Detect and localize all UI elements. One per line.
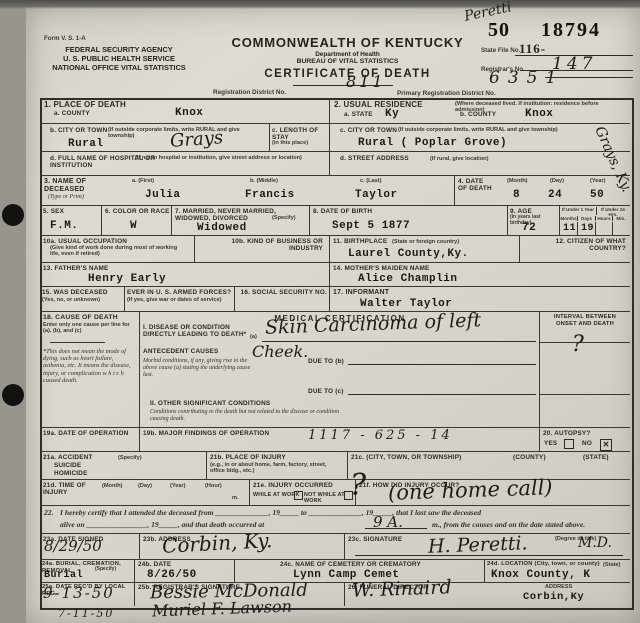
physician-signature-label: 23c. SIGNATURE bbox=[348, 536, 402, 543]
length-of-stay-note: (in this place) bbox=[272, 140, 308, 146]
agency-line: FEDERAL SECURITY AGENCY bbox=[34, 45, 204, 54]
field-autopsy: 20. AUTOPSY? YES NO ✕ bbox=[540, 428, 630, 452]
stamp-year: 50 bbox=[488, 19, 510, 42]
hospital-note: (If not in hospital or institution, give… bbox=[135, 155, 320, 161]
field-cause-of-death-sidebar: 18. CAUSE OF DEATH Enter only one cause … bbox=[40, 312, 140, 428]
time-of-injury-label: 21d. TIME OF INJURY bbox=[43, 482, 88, 497]
date-signed-hand: 8/29/50 bbox=[44, 537, 102, 555]
interval-label: INTERVAL BETWEEN ONSET AND DEATH bbox=[544, 314, 626, 327]
year-header: (Year) bbox=[590, 178, 606, 184]
death-day-value: 24 bbox=[548, 189, 562, 201]
injury-state-label: (STATE) bbox=[583, 454, 609, 461]
birthplace-label: 11. BIRTHPLACE bbox=[333, 238, 387, 245]
toi-year: (Year) bbox=[170, 483, 186, 489]
field-hospital-name: d. FULL NAME OF HOSPITAL OR INSTITUTION … bbox=[40, 152, 330, 176]
autopsy-label: 20. AUTOPSY? bbox=[543, 430, 591, 437]
death-year-value: 50 bbox=[590, 189, 604, 201]
funeral-director-hand: W. Rinaird bbox=[352, 576, 452, 601]
city-hand-value: Grays bbox=[169, 127, 223, 152]
cause-a-hand-2: Cheek. bbox=[252, 342, 308, 361]
divider bbox=[595, 222, 596, 236]
autopsy-no-checkbox: ✕ bbox=[600, 439, 612, 451]
death-month-value: 8 bbox=[513, 189, 520, 201]
field-injury-occurred: 21e. INJURY OCCURRED WHILE AT WORK NOT W… bbox=[250, 480, 356, 506]
how-injury-hand-q: ? bbox=[350, 468, 366, 503]
informant-label: 17. INFORMANT bbox=[333, 289, 389, 297]
cemetery-state-label: (State) bbox=[603, 562, 620, 568]
cemetery-location-label: 24d. LOCATION (City, town, or county) bbox=[487, 561, 600, 568]
min-header: Min. bbox=[613, 216, 629, 221]
months-header: Months bbox=[560, 216, 578, 221]
field-industry: 10b. KIND OF BUSINESS OR INDUSTRY bbox=[195, 236, 330, 263]
a-tag: (a) bbox=[250, 334, 257, 340]
field-was-deceased: 15. WAS DECEASED (Yes, no, or unknown) bbox=[40, 287, 125, 312]
major-findings-label: 19b. MAJOR FINDINGS OF OPERATION bbox=[143, 430, 269, 437]
form-number: Form V. S. 1-A bbox=[44, 36, 86, 43]
county-label: a. COUNTY bbox=[54, 110, 90, 117]
month-header: (Month) bbox=[507, 178, 528, 184]
field-armed-forces: EVER IN U. S. ARMED FORCES? (If yes, giv… bbox=[125, 287, 235, 312]
occupation-note: (Give kind of work done during most of w… bbox=[50, 245, 185, 257]
punch-hole bbox=[2, 384, 24, 406]
was-deceased-note: (Yes, no, or unknown) bbox=[42, 297, 100, 303]
injury-occurred-label: 21e. INJURY OCCURRED bbox=[253, 482, 333, 489]
industry-label: 10b. KIND OF BUSINESS OR INDUSTRY bbox=[198, 238, 323, 253]
field-ssn: 16. SOCIAL SECURITY NO. bbox=[235, 287, 330, 312]
degree-hand: M.D. bbox=[578, 535, 612, 551]
cause-footnote: *This does not mean the mode of dying, s… bbox=[43, 348, 135, 384]
res-county-label: b. COUNTY bbox=[460, 111, 496, 118]
state-value: Ky bbox=[385, 108, 399, 120]
divider bbox=[540, 394, 630, 395]
field-res-city: c. CITY OR TOWN (If outside corporate li… bbox=[330, 124, 630, 152]
homicide-label: HOMICIDE bbox=[54, 470, 88, 477]
field-place-of-injury: 21b. PLACE OF INJURY (e.g., in or about … bbox=[207, 452, 348, 480]
place-of-injury-label: 21b. PLACE OF INJURY bbox=[210, 454, 286, 461]
field-color-race: 6. COLOR OR RACE W bbox=[102, 206, 172, 236]
punch-hole bbox=[2, 204, 24, 226]
agency-block: FEDERAL SECURITY AGENCY U. S. PUBLIC HEA… bbox=[34, 45, 204, 72]
city-label: b. CITY OR TOWN bbox=[50, 127, 107, 134]
field-place-of-death: 1. PLACE OF DEATH a. COUNTY Knox bbox=[40, 98, 330, 124]
due-to-c-label: DUE TO (c) bbox=[308, 388, 344, 395]
footer-date-hand: 7-11-50 bbox=[58, 607, 114, 620]
death-time-blank bbox=[365, 528, 427, 529]
physician-signature-hand: H. Peretti. bbox=[428, 532, 528, 557]
mother-name-value: Alice Champlin bbox=[358, 273, 457, 285]
toi-hour: (Hour) bbox=[205, 483, 222, 489]
age-months-value: 11 bbox=[563, 223, 576, 234]
certify-line2a: alive on ________________, 19_____, and … bbox=[60, 521, 264, 530]
cemetery-label: 24c. NAME OF CEMETERY OR CREMATORY bbox=[280, 561, 421, 568]
res-county-value: Knox bbox=[525, 108, 553, 120]
divider bbox=[612, 222, 613, 236]
field-marital-status: 7. MARRIED, NEVER MARRIED, WIDOWED, DIVO… bbox=[172, 206, 310, 236]
burial-note: (Specify) bbox=[95, 567, 116, 573]
field-usual-residence: 2. USUAL RESIDENCE (Where deceased lived… bbox=[330, 98, 630, 124]
field-cemetery-location: 24d. LOCATION (City, town, or county) (S… bbox=[485, 560, 630, 583]
reg-district-value: 811 bbox=[346, 72, 386, 91]
field-age-under: If Under 1 Year If Under 24 Hrs. Months … bbox=[560, 206, 630, 236]
agency-line: U. S. PUBLIC HEALTH SERVICE bbox=[34, 54, 204, 63]
toi-month: (Month) bbox=[102, 483, 123, 489]
field-citizen: 12. CITIZEN OF WHAT COUNTRY? bbox=[520, 236, 630, 263]
last-name-value: Taylor bbox=[355, 189, 398, 201]
while-at-work-checkbox bbox=[294, 491, 303, 500]
res-city-label: c. CITY OR TOWN bbox=[340, 127, 397, 134]
antecedent-note: Morbid conditions, if any, giving rise t… bbox=[143, 358, 261, 379]
father-name-label: 13. FATHER'S NAME bbox=[43, 265, 109, 272]
field-age: 9. AGE (In years last birthday) 72 bbox=[508, 206, 560, 236]
other-conditions-note: Conditions contributing to the death but… bbox=[150, 409, 350, 423]
last-name-header: c. (Last) bbox=[360, 178, 381, 184]
usual-residence-label: 2. USUAL RESIDENCE bbox=[334, 100, 423, 109]
field-birthplace: 11. BIRTHPLACE (State or foreign country… bbox=[330, 236, 520, 263]
registrar-no-label: Registrar's No. bbox=[481, 67, 525, 74]
fd-address-value: Corbin,Ky bbox=[523, 591, 584, 603]
scan-edge bbox=[0, 0, 640, 9]
accident-note: (Specify) bbox=[118, 455, 142, 461]
due-b-blank bbox=[348, 364, 536, 365]
street-address-label: d. STREET ADDRESS bbox=[340, 155, 409, 162]
registrar-no-blank bbox=[520, 70, 633, 71]
autopsy-yes-label: YES bbox=[544, 440, 557, 447]
toi-day: (Day) bbox=[138, 483, 152, 489]
place-of-injury-note: (e.g., in or about home, farm, factory, … bbox=[210, 462, 340, 474]
injury-county-label: (COUNTY) bbox=[513, 454, 546, 461]
day-header: (Day) bbox=[550, 178, 564, 184]
other-conditions-label: II. OTHER SIGNIFICANT CONDITIONS bbox=[150, 400, 270, 407]
field-date-of-death: 4. DATE OF DEATH (Month) (Day) (Year) 8 … bbox=[455, 176, 630, 206]
res-city-note: (If outside corporate limits, write RURA… bbox=[398, 127, 598, 133]
color-race-value: W bbox=[130, 220, 137, 232]
field-time-of-injury: 21d. TIME OF INJURY (Month) (Day) (Year)… bbox=[40, 480, 250, 506]
res-city-value: Rural ( Poplar Grove) bbox=[358, 137, 507, 149]
burial-date-value: 8/26/50 bbox=[147, 569, 197, 581]
field-accident-suicide-homicide: 21a. ACCIDENT (Specify) SUICIDE HOMICIDE bbox=[40, 452, 207, 480]
name-label: 3. NAME OF DECEASED bbox=[44, 178, 114, 194]
while-at-work-label: WHILE AT WORK bbox=[253, 492, 300, 498]
middle-name-header: b. (Middle) bbox=[250, 178, 278, 184]
street-address-note: (If rural, give location) bbox=[430, 156, 488, 162]
was-deceased-label: 15. WAS DECEASED bbox=[42, 289, 108, 296]
interval-hand-value: ? bbox=[572, 332, 584, 357]
dept-subtitle: Department of Health bbox=[225, 51, 470, 58]
city-value: Rural bbox=[68, 138, 104, 150]
field-certify-statement: 22. I hereby certify that I attended the… bbox=[40, 506, 630, 534]
informant-value: Walter Taylor bbox=[360, 298, 452, 310]
field-city-of-death: b. CITY OR TOWN (If outside corporate li… bbox=[40, 124, 270, 152]
burial-date-label: 24b. DATE bbox=[138, 561, 171, 568]
injury-city-label: 21c. (CITY, TOWN, OR TOWNSHIP) bbox=[351, 454, 462, 461]
field-date-of-birth: 8. DATE OF BIRTH Sept 5 1877 bbox=[310, 206, 508, 236]
toi-m: m. bbox=[232, 495, 239, 501]
divider bbox=[540, 342, 630, 343]
suicide-label: SUICIDE bbox=[54, 462, 81, 469]
date-of-birth-value: Sept 5 1877 bbox=[332, 220, 410, 232]
cause-of-death-note: Enter only one cause per line for (a), (… bbox=[43, 322, 133, 334]
primary-district-label: Primary Registration District No. bbox=[397, 90, 496, 97]
scanned-death-certificate: Form V. S. 1-A FEDERAL SECURITY AGENCY U… bbox=[0, 0, 640, 623]
age-value: 72 bbox=[522, 222, 536, 234]
date-of-death-label: 4. DATE OF DEATH bbox=[458, 178, 492, 193]
agency-line: NATIONAL OFFICE VITAL STATISTICS bbox=[34, 63, 204, 72]
field-street-address: d. STREET ADDRESS (If rural, give locati… bbox=[330, 152, 630, 176]
certify-num: 22. bbox=[44, 509, 54, 518]
accident-label: 21a. ACCIDENT bbox=[43, 454, 93, 461]
commonwealth-title: COMMONWEALTH OF KENTUCKY bbox=[225, 35, 470, 50]
state-label: a. STATE bbox=[344, 111, 373, 118]
age-days-value: 19 bbox=[581, 223, 594, 234]
sex-label: 5. SEX bbox=[43, 208, 64, 215]
field-burial-date: 24b. DATE 8/26/50 bbox=[135, 560, 235, 583]
name-sublabel: (Type or Print) bbox=[48, 194, 84, 201]
date-received-hand: 9-13-50 bbox=[43, 584, 115, 602]
burial-value: Burial bbox=[44, 570, 83, 581]
bureau-subtitle: BUREAU OF VITAL STATISTICS bbox=[225, 58, 470, 65]
cemetery-location-value: Knox County, K bbox=[491, 569, 590, 581]
stamp-serial: 18794 bbox=[541, 19, 601, 42]
field-occupation: 10a. USUAL OCCUPATION (Give kind of work… bbox=[40, 236, 195, 263]
citizen-label: 12. CITIZEN OF WHAT COUNTRY? bbox=[526, 238, 626, 253]
disease-label-2: DIRECTLY LEADING TO DEATH* bbox=[143, 331, 246, 338]
field-injury-location: 21c. (CITY, TOWN, OR TOWNSHIP) (COUNTY) … bbox=[348, 452, 630, 480]
place-of-death-label: 1. PLACE OF DEATH bbox=[44, 100, 126, 109]
field-burial: 24a. BURIAL, CREMATION, REMOVAL (Specify… bbox=[40, 560, 135, 583]
sex-value: F.M. bbox=[50, 220, 78, 232]
hours-header: Hours bbox=[596, 216, 613, 221]
under-1yr-header: If Under 1 Year bbox=[560, 207, 597, 215]
state-file-label: State File No. bbox=[481, 48, 520, 55]
certify-line1: I hereby certify that I attended the dec… bbox=[60, 509, 625, 518]
field-mother-name: 14. MOTHER'S MAIDEN NAME Alice Champlin bbox=[330, 263, 630, 287]
marital-value: Widowed bbox=[197, 222, 247, 234]
first-name-header: a. (First) bbox=[132, 178, 154, 184]
first-name-value: Julia bbox=[145, 189, 181, 201]
due-c-blank bbox=[348, 394, 536, 395]
reg-district-label: Registration District No. bbox=[213, 89, 286, 96]
cause-of-death-label: 18. CAUSE OF DEATH bbox=[43, 314, 118, 322]
date-of-birth-label: 8. DATE OF BIRTH bbox=[313, 208, 372, 215]
antecedent-label: ANTECEDENT CAUSES bbox=[143, 348, 218, 355]
divider bbox=[50, 342, 105, 343]
field-interval: INTERVAL BETWEEN ONSET AND DEATH bbox=[540, 312, 630, 428]
registrar-no-value: 147 bbox=[552, 54, 596, 74]
county-value: Knox bbox=[175, 107, 203, 119]
autopsy-yes-checkbox bbox=[564, 439, 574, 449]
autopsy-no-label: NO bbox=[582, 440, 592, 447]
days-header: Days bbox=[578, 216, 596, 221]
color-race-label: 6. COLOR OR RACE bbox=[105, 208, 170, 215]
ssn-label: 16. SOCIAL SECURITY NO. bbox=[237, 289, 327, 296]
field-sex: 5. SEX F.M. bbox=[40, 206, 102, 236]
mother-name-label: 14. MOTHER'S MAIDEN NAME bbox=[333, 265, 430, 272]
divider bbox=[577, 222, 578, 236]
birthplace-value: Laurel County,Ky. bbox=[348, 248, 469, 260]
father-name-value: Henry Early bbox=[88, 273, 166, 285]
field-date-of-operation: 19a. DATE OF OPERATION bbox=[40, 428, 140, 452]
middle-name-value: Francis bbox=[245, 189, 295, 201]
field-father-name: 13. FATHER'S NAME Henry Early bbox=[40, 263, 330, 287]
certify-line2b: m., from the causes and on the date stat… bbox=[432, 521, 585, 530]
armed-forces-note: (If yes, give war or dates of service) bbox=[127, 297, 232, 303]
birthplace-note: (State or foreign country) bbox=[392, 239, 459, 245]
registrar-no-strike bbox=[545, 77, 633, 78]
major-findings-hand: 1117 - 625 - 14 bbox=[308, 428, 453, 443]
date-of-operation-label: 19a. DATE OF OPERATION bbox=[43, 430, 133, 437]
field-name-of-deceased: 3. NAME OF DECEASED (Type or Print) a. (… bbox=[40, 176, 455, 206]
marital-note: (Specify) bbox=[272, 215, 296, 221]
armed-forces-label: EVER IN U. S. ARMED FORCES? bbox=[127, 289, 232, 296]
fd-address-label: ADDRESS bbox=[545, 584, 572, 590]
field-length-of-stay: c. LENGTH OF STAY (in this place) bbox=[270, 124, 330, 152]
due-to-b-label: DUE TO (b) bbox=[308, 358, 344, 365]
